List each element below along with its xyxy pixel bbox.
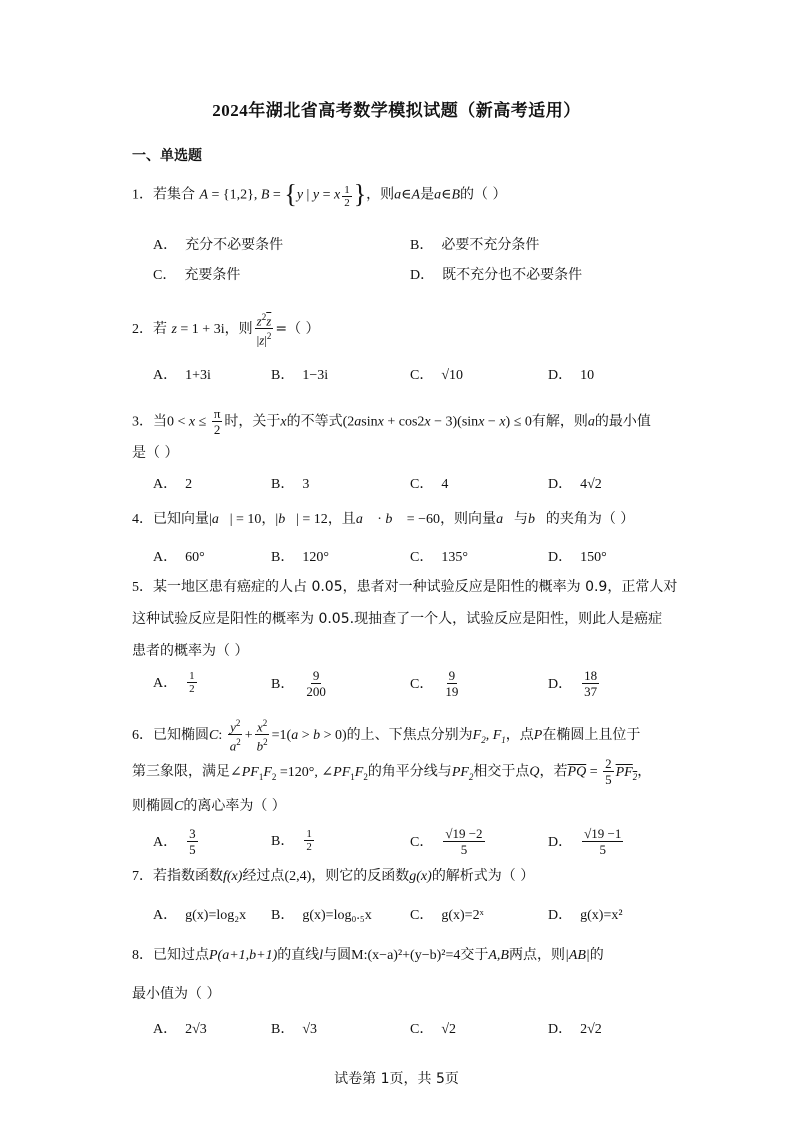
option-2c[interactable]: C．√10 — [410, 364, 463, 384]
option-7b[interactable]: B．g(x)=log₀.₅x — [271, 904, 372, 924]
option-8a[interactable]: A．2√3 — [153, 1018, 207, 1038]
option-4a[interactable]: A．60° — [153, 546, 205, 566]
option-4d[interactable]: D．150° — [548, 546, 607, 566]
option-6b[interactable]: B．12 — [271, 828, 316, 853]
option-5b[interactable]: B．9200 — [271, 668, 330, 699]
option-8d[interactable]: D．2√2 — [548, 1018, 602, 1038]
option-6d[interactable]: D．√19 −15 — [548, 826, 625, 857]
question-6-line2: 第三象限，满足∠PF1F2 =120°, ∠PF1F2的角平分线与PF2相交于点… — [132, 756, 651, 787]
option-2a[interactable]: A．1+3i — [153, 364, 211, 384]
question-3: 3．当0 < x ≤ π2时，关于x的不等式(2asinx + cos2x − … — [132, 406, 651, 437]
option-7d[interactable]: D．g(x)=x² — [548, 904, 623, 924]
option-5d[interactable]: D．1837 — [548, 668, 601, 699]
option-2d[interactable]: D．10 — [548, 364, 594, 384]
option-5a[interactable]: A．12 — [153, 670, 199, 695]
option-1c[interactable]: C．充要条件 — [153, 264, 240, 284]
option-7c[interactable]: C．g(x)=2ˣ — [410, 904, 484, 924]
option-3c[interactable]: C．4 — [410, 473, 448, 493]
option-3a[interactable]: A．2 — [153, 473, 192, 493]
question-6-line3: 则椭圆C的离心率为（ ） — [132, 796, 286, 817]
option-4c[interactable]: C．135° — [410, 546, 468, 566]
document-title: 2024年湖北省高考数学模拟试题（新高考适用） — [0, 96, 793, 121]
question-5: 5．某一地区患有癌症的人占 0.05，患者对一种试验反应是阳性的概率为 0.9，… — [132, 576, 677, 596]
option-4b[interactable]: B．120° — [271, 546, 329, 566]
option-8c[interactable]: C．√2 — [410, 1018, 456, 1038]
question-8-line2: 最小值为（ ） — [132, 983, 220, 1003]
option-3d[interactable]: D．4√2 — [548, 473, 602, 493]
question-6: 6．已知椭圆C: y2a2+x2b2=1(a > b > 0)的上、下焦点分别为… — [132, 716, 640, 754]
option-8b[interactable]: B．√3 — [271, 1018, 317, 1038]
fraction-z: z2z|z|2 — [255, 310, 274, 348]
page-footer: 试卷第 1页，共 5页 — [0, 1068, 793, 1088]
question-3-line2: 是（ ） — [132, 442, 178, 462]
option-2b[interactable]: B．1−3i — [271, 364, 328, 384]
option-6a[interactable]: A．35 — [153, 826, 200, 857]
option-1b[interactable]: B．必要不充分条件 — [410, 234, 539, 254]
question-1: 1．若集合 A = {1,2}, B = {y | y = x12}，则a∈A是… — [132, 184, 507, 209]
question-2: 2．若 z = 1 + 3i，则z2z|z|2=（ ） — [132, 310, 320, 348]
question-5-line2: 这种试验反应是阳性的概率为 0.05.现抽查了一个人，试验反应是阳性，则此人是癌… — [132, 608, 662, 628]
question-8: 8．已知过点P(a+1,b+1)的直线l与圆M:(x−a)²+(y−b)²=4交… — [132, 945, 604, 966]
option-3b[interactable]: B．3 — [271, 473, 309, 493]
math-set-expression: A — [199, 188, 208, 203]
option-1a[interactable]: A．充分不必要条件 — [153, 234, 283, 254]
question-4: 4．已知向量|a⃗| = 10，|b⃗| = 12，且a⃗ · b⃗ = −60… — [132, 509, 634, 530]
question-5-line3: 患者的概率为（ ） — [132, 640, 248, 660]
option-6c[interactable]: C．√19 −25 — [410, 826, 487, 857]
section-heading: 一、单选题 — [132, 145, 202, 165]
option-7a[interactable]: A．g(x)=log₂x — [153, 904, 246, 924]
option-5c[interactable]: C．919 — [410, 668, 462, 699]
question-7: 7．若指数函数f(x)经过点(2,4)，则它的反函数g(x)的解析式为（ ） — [132, 866, 534, 887]
option-1d[interactable]: D．既不充分也不必要条件 — [410, 264, 582, 284]
